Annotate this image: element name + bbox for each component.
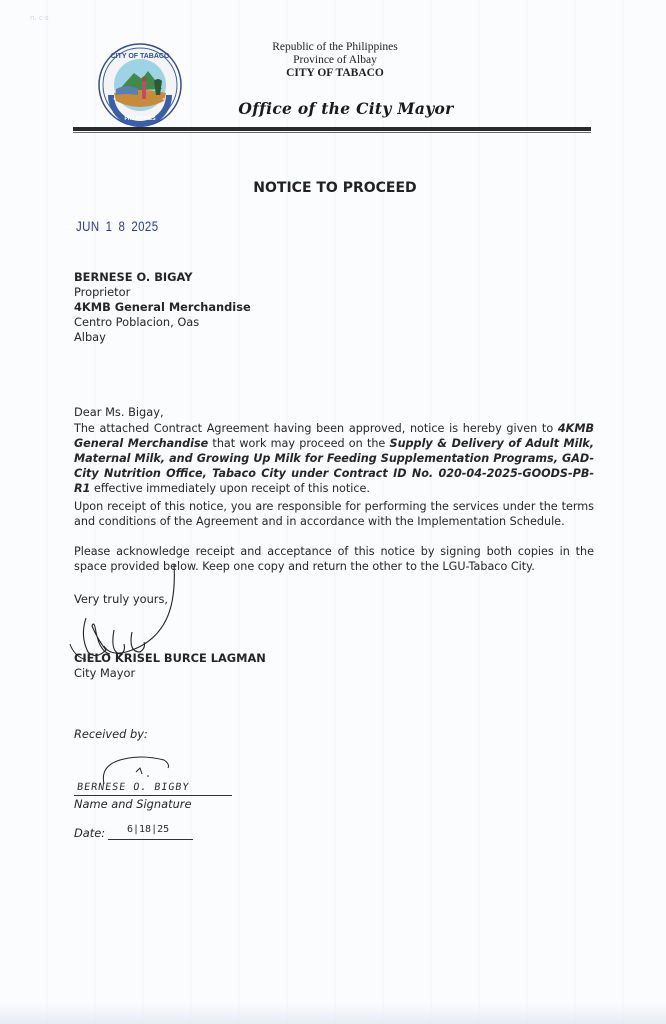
recipient-name: BERNESE O. BIGAY (74, 270, 251, 285)
recipient-position: Proprietor (74, 285, 251, 300)
handwritten-date: 6|18|25 (127, 824, 169, 835)
paragraph-responsibility: Upon receipt of this notice, you are res… (74, 499, 594, 529)
svg-text:PHILIPPINES: PHILIPPINES (124, 116, 156, 122)
date-stamp: JUN 1 8 2025 (76, 218, 158, 234)
header-divider (73, 127, 591, 131)
signatory: CIELO KRISEL BURCE LAGMAN City Mayor (74, 651, 266, 681)
handwritten-name: BERNESE O. BIGBY (76, 782, 190, 793)
svg-text:★: ★ (162, 97, 165, 101)
recipient-company: 4KMB General Merchandise (74, 300, 251, 315)
letterhead-province: Province of Albay (190, 54, 480, 66)
signer-name: CIELO KRISEL BURCE LAGMAN (74, 651, 266, 666)
date-line (108, 839, 193, 840)
name-and-signature-label: Name and Signature (74, 797, 191, 812)
letterhead-country: Republic of the Philippines (190, 41, 480, 53)
signer-title: City Mayor (74, 666, 266, 681)
scan-edge (0, 1002, 666, 1024)
recipient-address-line1: Centro Poblacion, Oas (74, 315, 251, 330)
letterhead-city: CITY OF TABACO (190, 67, 480, 79)
document-title: NOTICE TO PROCEED (190, 180, 480, 196)
paragraph-notice: The attached Contract Agreement having b… (74, 421, 594, 496)
recipient-address: BERNESE O. BIGAY Proprietor 4KMB General… (74, 270, 251, 345)
document-page: n. c·s ★★ CITY OF TABACO PHILIPPINES Rep… (0, 0, 666, 1024)
header-divider-thin (73, 132, 591, 133)
svg-text:CITY OF TABACO: CITY OF TABACO (111, 53, 170, 60)
received-by-label: Received by: (74, 727, 148, 742)
salutation: Dear Ms. Bigay, (74, 405, 164, 420)
office-title: Office of the City Mayor (226, 99, 466, 118)
svg-text:★: ★ (113, 97, 116, 101)
recipient-address-line2: Albay (74, 330, 251, 345)
date-label: Date: (74, 826, 105, 841)
scan-artifact: n. c·s (30, 14, 49, 22)
city-seal-icon: ★★ CITY OF TABACO PHILIPPINES (98, 43, 182, 127)
signature-line (74, 795, 232, 796)
